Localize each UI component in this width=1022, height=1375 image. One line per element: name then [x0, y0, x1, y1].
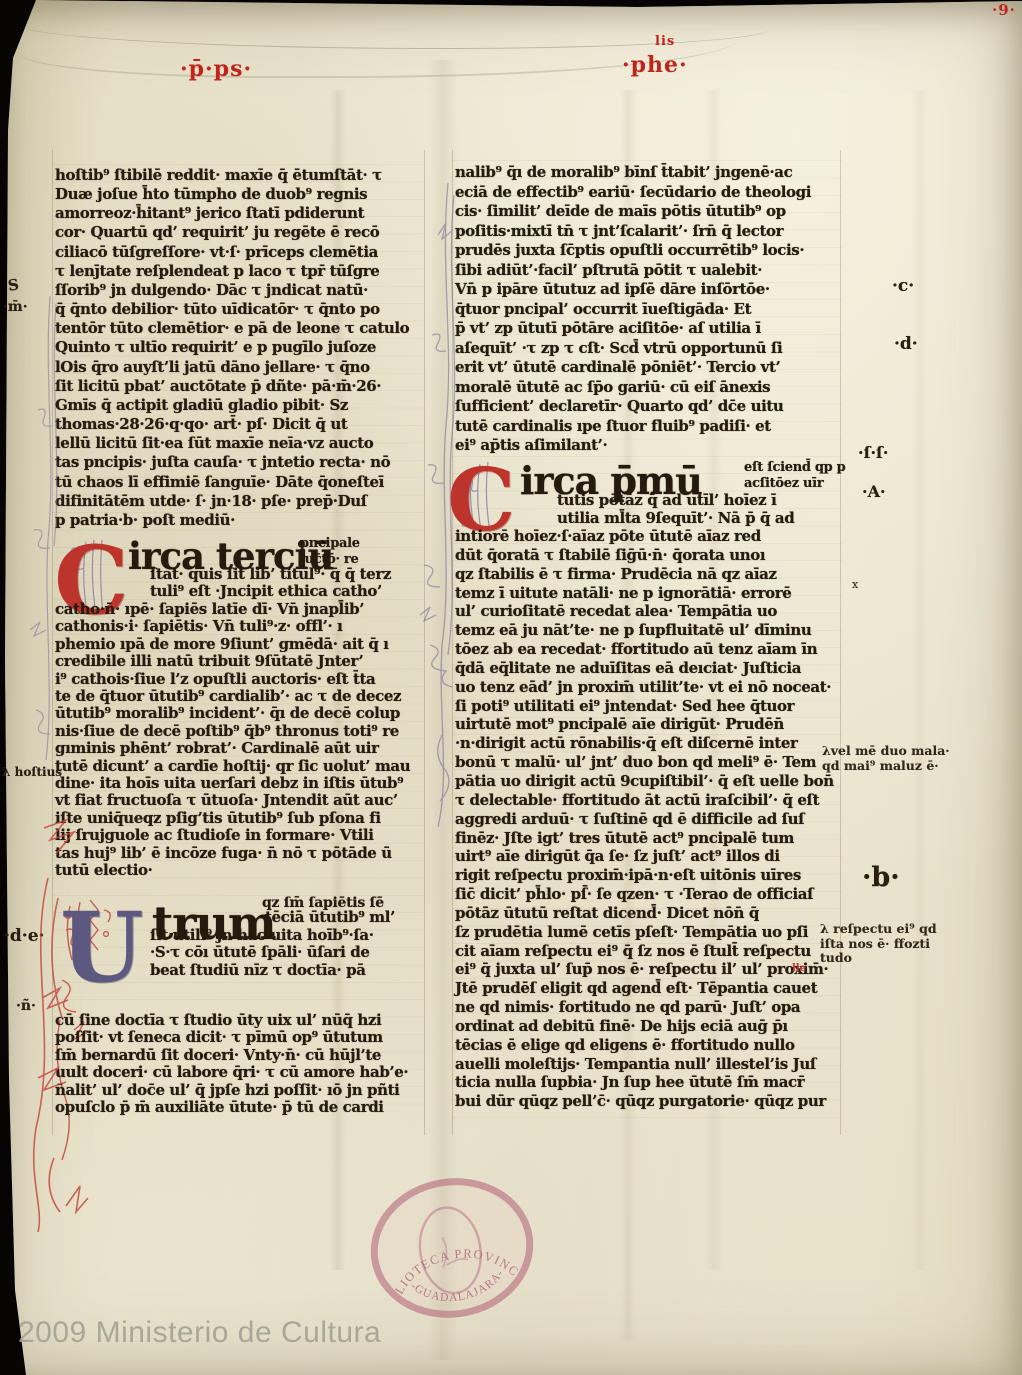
manuscript-line: uult doceri· cū labore q̄ri· τ cū amore … — [55, 1064, 423, 1081]
manuscript-line: tuli⁹ eſt ·Jncipit ethica catho’ — [150, 583, 422, 600]
running-title-center: ·phe· — [622, 52, 688, 78]
manuscript-line: ticia nulla ſupbia· Jn ſup hee ūtutē ſm̄… — [455, 1073, 838, 1092]
manuscript-line: vt fiat fructuoſa τ ūtuoſa· Jntendit aūt… — [55, 792, 423, 809]
manuscript-line: ſi poti⁹ utilitati ei⁹ jntendat· Sed hee… — [455, 697, 838, 716]
manuscript-line: qd mai⁹ maluz ē· — [822, 759, 950, 774]
manuscript-line: cor· Quartū qd’ requirit’ ju regēte ē re… — [55, 223, 423, 242]
manuscript-line: temz ī uitute natāli· ne p ignorātiā· er… — [455, 584, 838, 603]
manuscript-line: poſitis·mixtī tn̄ τ jnt’ſcalarit’· ſrn̄ … — [455, 222, 838, 242]
running-title-superscript: lis — [655, 34, 675, 49]
manuscript-line: finēz· Jſte igt’ tres ūtutē act⁹ pncipal… — [455, 829, 838, 848]
gutter-shadow — [428, 60, 458, 1360]
manuscript-line: ſm̄ bernardū ſit doceri· Vnty·n̄· cū hūj… — [55, 1047, 423, 1064]
manuscript-line: ·S·τ cōı ūtutē ſpāli· ūſari de — [150, 944, 425, 961]
manuscript-line: dūt q̄oratā τ ſtabilē ſiḡū·n̄· q̄orata u… — [455, 546, 838, 565]
manuscript-line: prudēs juxta ſc̄ptis opuſtli occurrētib⁹… — [455, 241, 838, 261]
margin-note: λ reſpectu ei⁹ qdiſta nos ē· ffoztitudo — [820, 922, 937, 966]
manuscript-line: tas pncipis· juſta cauſa· τ jntetio rect… — [55, 453, 423, 472]
manuscript-line: nis·ſiue de decē poſtib⁹ q̄b⁹ thronus to… — [55, 723, 423, 740]
manuscript-line: catho·n̄· ıpē· ſapiēs latīe dī· Vn̄ jnap… — [55, 601, 423, 618]
manuscript-line: ſſorib⁹ jn dulgendo· Dāc τ jndicat natū· — [55, 281, 423, 300]
manuscript-line: uirt⁹ aīe dirigūt q̄a ſe· ſz juſt’ act⁹ … — [455, 847, 838, 866]
manuscript-line: utilia ml̄ta 9ſequīt’· Nā p̄ q̄ ad — [557, 510, 838, 528]
margin-note: ·ñ· — [16, 998, 36, 1014]
manuscript-line: λ reſpectu ei⁹ qd — [820, 922, 937, 937]
manuscript-line: ſic̄ dicit’ ph̄lo· pſ̄· ſe qzen· τ ·Tera… — [455, 885, 838, 904]
manuscript-line: ſz prudētia lumē cetīs pſeſt· Tempātia u… — [455, 923, 838, 942]
manuscript-line: acſitōez uīr — [744, 476, 845, 492]
manuscript-line: gıminis phēnt’ robrat’· Cardinalē aūt ui… — [55, 740, 423, 757]
manuscript-line: auelli moleſtijs· Tempantia null’ illest… — [455, 1055, 838, 1074]
manuscript-line: Gmīs q̄ actipit gladiū gladio pibit· Sz — [55, 396, 423, 415]
folio-number: ·9· — [992, 1, 1016, 19]
margin-note: x — [852, 578, 858, 591]
watermark-text: 2009 Ministerio de Cultura — [18, 1316, 381, 1350]
margin-note: ·d·e· — [4, 926, 44, 946]
manuscript-line: phemio ıpā de more 9ſiunt’ gmēdā· ait q̄… — [55, 636, 423, 653]
manuscript-line: lOis q̄ro auyſt’li jatū dāno jellare· τ … — [55, 358, 423, 377]
manuscript-line: Duæ joſue h̄to tūmpho de duob⁹ regnis — [55, 185, 423, 204]
manuscript-line: moralē ūtutē ac ſp̄o gariū· cū eiſ ānexi… — [455, 378, 838, 398]
manuscript-line: tū chaos lī effimiē ſanguīe· Dāte q̄oneſ… — [55, 473, 423, 492]
margin-note: ·m̄· — [3, 299, 28, 315]
manuscript-line: i⁹ cathois·ſiue l’z opuſtli auctoris· eſ… — [55, 671, 423, 688]
manuscript-line: cit aīam reſpectu ei⁹ q̄ ſz nos ē ſtult̄… — [455, 942, 838, 961]
text-block: catho·n̄· ıpē· ſapiēs latīe dī· Vn̄ jnap… — [55, 601, 423, 880]
manuscript-line: aſequīt’ ·τ zp τ cſt· Scd̄ vtrū opportun… — [455, 339, 838, 359]
manuscript-line: tēciā ūtutib⁹ ml’ — [265, 909, 425, 926]
manuscript-line: lellū licitū ſit·ea ſūt maxīe neīa·vz au… — [55, 434, 423, 453]
running-title-left: ·p̄·ps· — [180, 56, 252, 82]
manuscript-line: q̄ q̄nto debilior· tūto uīdicatōr· τ q̄n… — [55, 300, 423, 319]
manuscript-line: tōez ab ea recedat· ffortitudo aū tenz a… — [455, 640, 838, 659]
manuscript-line: ſibi adiūt’·facil’ pſtrutā pōtit τ ualeb… — [455, 261, 838, 281]
manuscript-line: n̄alit’ ul’ doc̄e ul’ q̄ jpſe hzi poſſit… — [55, 1082, 423, 1099]
manuscript-line: pōtāz ūtutū reſtat dicend̄· Dicet nōn̄ q… — [455, 904, 838, 923]
rubric-correction: lle — [792, 963, 806, 974]
column-rule — [452, 150, 453, 1135]
manuscript-line: ordinat ad debitū finē· De hijs eciā auḡ… — [455, 1017, 838, 1036]
text-block: tutis pōtāz q̄ ad utīl’ hoīez īutilia ml… — [557, 492, 838, 527]
text-block: tēciā ūtutib⁹ ml’ — [265, 909, 425, 926]
margin-note: ·A· — [862, 482, 886, 501]
column-rule — [424, 150, 425, 1135]
initial-side-text: pncipaleiuc̄tō· re — [300, 536, 360, 567]
manuscript-line: qz ſtabilis ē τ firma· Prudēcia nā qz aī… — [455, 565, 838, 584]
manuscript-line: beat ſtudiū nīz τ doctīa· pā — [150, 962, 425, 979]
manuscript-line: intiorē hoīez·ſ·aīaz pōte ūtutē aīaz red — [455, 527, 838, 546]
manuscript-line: nalib⁹ q̄ı de moralib⁹ bīnſ t̄tabit’ jng… — [455, 163, 838, 183]
manuscript-line: ul’ curioſitatē recedat alea· Tempātia u… — [455, 602, 838, 621]
margin-note: ·b· — [862, 862, 900, 893]
manuscript-line: q̄tuor pncipal’ occurrit īueſtigāda· Et — [455, 300, 838, 320]
text-block: ſtat· quis ſit lib’ titul⁹· q̄ q̄ terztu… — [150, 566, 422, 601]
manuscript-line: eciā de effectib⁹ eariū· ſecūdario de th… — [455, 183, 838, 203]
text-block: ſit utili⁹ jn hac uita hoīb⁹·ſa··S·τ cōı… — [150, 927, 425, 979]
manuscript-line: thomas·28·26·q·qo· art̄· pſ· Dicit q̄ ut — [55, 415, 423, 434]
manuscript-line: erit vt’ ūtutē cardinalē pōniēt’· Tercio… — [455, 358, 838, 378]
text-block: nalib⁹ q̄ı de moralib⁹ bīnſ t̄tabit’ jng… — [455, 163, 838, 456]
manuscript-line: aggredi arduū· τ ſuſtinē qd ē difficile … — [455, 810, 838, 829]
manuscript-line: opuſclo p̄ m̄ auxiliāte ūtute· p̄ tū de … — [55, 1099, 423, 1116]
text-block: hoſtib⁹ ſtibilē reddit· maxīe q̄ ētumſtā… — [55, 166, 423, 530]
text-block: cū ſine doctīa τ ſtudio ūty uix ul’ nūq̄… — [55, 1012, 423, 1116]
manuscript-line: credibile illi natū tribuit 9ſūtatē Jnte… — [55, 653, 423, 670]
manuscript-line: q̄dā eq̄litate ne aduīſitas eā deıciat· … — [455, 659, 838, 678]
initial-side-text: eſt ſciend̄ qp pacſitōez uīr — [744, 460, 845, 491]
manuscript-line: ne qd nimis· fortitudo ne qd parū· Juſt’… — [455, 998, 838, 1017]
manuscript-line: bonū τ malū· ul’ jnt’ duo bon qd meli⁹ ē… — [455, 753, 838, 772]
manuscript-line: ·n·dirigit actū rōnabilis·q̄ eſt diſcern… — [455, 734, 838, 753]
manuscript-line: pncipale — [300, 536, 360, 552]
manuscript-line: tutis pōtāz q̄ ad utīl’ hoīez ī — [557, 492, 838, 510]
manuscript-line: uo tenz eād’ jn proxim̄ utilit’te· vt ei… — [455, 678, 838, 697]
manuscript-line: tutū electio· — [55, 862, 423, 879]
manuscript-line: tentōr tūto clemētior· e pā de leone τ c… — [55, 319, 423, 338]
manuscript-line: Quinto τ ultīo requirit’ e p pugīlo juſo… — [55, 338, 423, 357]
margin-note: ·c· — [892, 276, 914, 296]
manuscript-line: ſit utili⁹ jn hac uita hoīb⁹·ſa· — [150, 927, 425, 944]
text-block: intiorē hoīez·ſ·aīaz pōte ūtutē aīaz red… — [455, 527, 838, 1111]
margin-note: ·d· — [894, 334, 918, 354]
manuscript-line: tutē dicunt’ a cardīe hoſtij· qr ſic uol… — [55, 758, 423, 775]
manuscript-line: cathonis·i· ſapiētis· Vn̄ tuli⁹·z· offl’… — [55, 618, 423, 635]
manuscript-line: tutē cardinalis ıpe ſtuor fluib⁹ padiſi·… — [455, 417, 838, 437]
manuscript-line: p̄ vt’ zp ūtutī pōtāre aciſitōe· aſ util… — [455, 319, 838, 339]
manuscript-line: tudo — [820, 951, 937, 966]
margin-note: λvel mē duo mala·qd mai⁹ maluz ē· — [822, 744, 950, 773]
margin-note: λ hoſtius — [2, 765, 62, 779]
column-rule — [840, 150, 841, 1135]
manuscript-line: poſſit· vt ſeneca dicit· τ pīmū op⁹ ūtut… — [55, 1029, 423, 1046]
manuscript-line: Vn̄ p ipāre ūtutuz ad ipſē dāre inſōrtōe… — [455, 280, 838, 300]
manuscript-line: te de q̄tuor ūtutib⁹ cardialib’· ac τ de… — [55, 688, 423, 705]
library-stamp: BIBLIOTECA PROVINCIAL -GUADALAJARA- — [360, 1170, 544, 1326]
manuscript-scan-page: ·p̄·ps· ·phe· lis ·9· hoſtib⁹ ſtibilē re… — [0, 0, 1022, 1375]
manuscript-line: cū ſine doctīa τ ſtudio ūty uix ul’ nūq̄… — [55, 1012, 423, 1029]
manuscript-line: ūtutib⁹ moralib⁹ incident’· q̄ı de decē … — [55, 705, 423, 722]
manuscript-line: tēcias ē elige qd eligens ē· ffortitudo … — [455, 1036, 838, 1055]
manuscript-line: bui dūr qūqz pell’c̄· qūqz purgatorie· q… — [455, 1092, 838, 1111]
manuscript-line: pātia uo dirigit actū 9cupiſtibil’· q̄ e… — [455, 772, 838, 791]
manuscript-line: dine· ita hoīs uita uerſari debz in iſti… — [55, 775, 423, 792]
manuscript-line: ſit licitū pbat’ auctōtate p̄ dñte· pā·m… — [55, 377, 423, 396]
margin-note: ·ſ·ſ· — [858, 443, 888, 462]
manuscript-line: iſta nos ē· ffozti — [820, 937, 937, 952]
manuscript-line: tas huj⁹ lib’ ē incōze fuga· n̄ nō τ pōt… — [55, 845, 423, 862]
manuscript-line: uirtutē mot⁹ pncipalē aīe dirigūt· Prudē… — [455, 715, 838, 734]
manuscript-line: ſtat· quis ſit lib’ titul⁹· q̄ q̄ terz — [150, 566, 422, 583]
manuscript-line: rigit reſpectu proxim̄·ipā·n·eſt uitōnis… — [455, 866, 838, 885]
column-rule — [52, 150, 53, 1135]
manuscript-line: eſt ſciend̄ qp p — [744, 460, 845, 476]
manuscript-line: cis· ſimilit’ deīde de maīs pōtis ūtutib… — [455, 202, 838, 222]
manuscript-line: amorreoz·h̄itant⁹ jerico ſtatī pdiderunt — [55, 204, 423, 223]
manuscript-line: λvel mē duo mala· — [822, 744, 950, 759]
manuscript-line: Jtē prudēſ eligit qd agend̄ eſt· Tēpanti… — [455, 979, 838, 998]
manuscript-line: ſufficient’ declaretīr· Quarto qd’ dc̄e … — [455, 397, 838, 417]
manuscript-line: τ lenj̄tate reſplendeat p laco τ tpr̄ tū… — [55, 262, 423, 281]
manuscript-line: ei⁹ q̄ juxta ul’ ſup̄ nos ē· reſpectu il… — [455, 960, 838, 979]
decorated-initial-u: U — [60, 900, 144, 996]
manuscript-line: ciliacō tūſgreſſore· vt·ſ· prīceps clemē… — [55, 243, 423, 262]
manuscript-line: hoſtib⁹ ſtibilē reddit· maxīe q̄ ētumſtā… — [55, 166, 423, 185]
manuscript-line: temz eā ju nāt’te· ne p ſupfluitatē ul’ … — [455, 621, 838, 640]
manuscript-line: difinitātēm utde· ſ· jn·18· pſe· prep̄·D… — [55, 492, 423, 511]
margin-note: S — [7, 275, 20, 294]
manuscript-line: iſte uniq̄ueqz pſig’tis ūtutib⁹ ſub pſon… — [55, 810, 423, 827]
manuscript-line: τ delectable· ffortitudo āt actū iraſcib… — [455, 791, 838, 810]
manuscript-line: lij ſrujguole ac ſtudioſe in formare· Vt… — [55, 827, 423, 844]
